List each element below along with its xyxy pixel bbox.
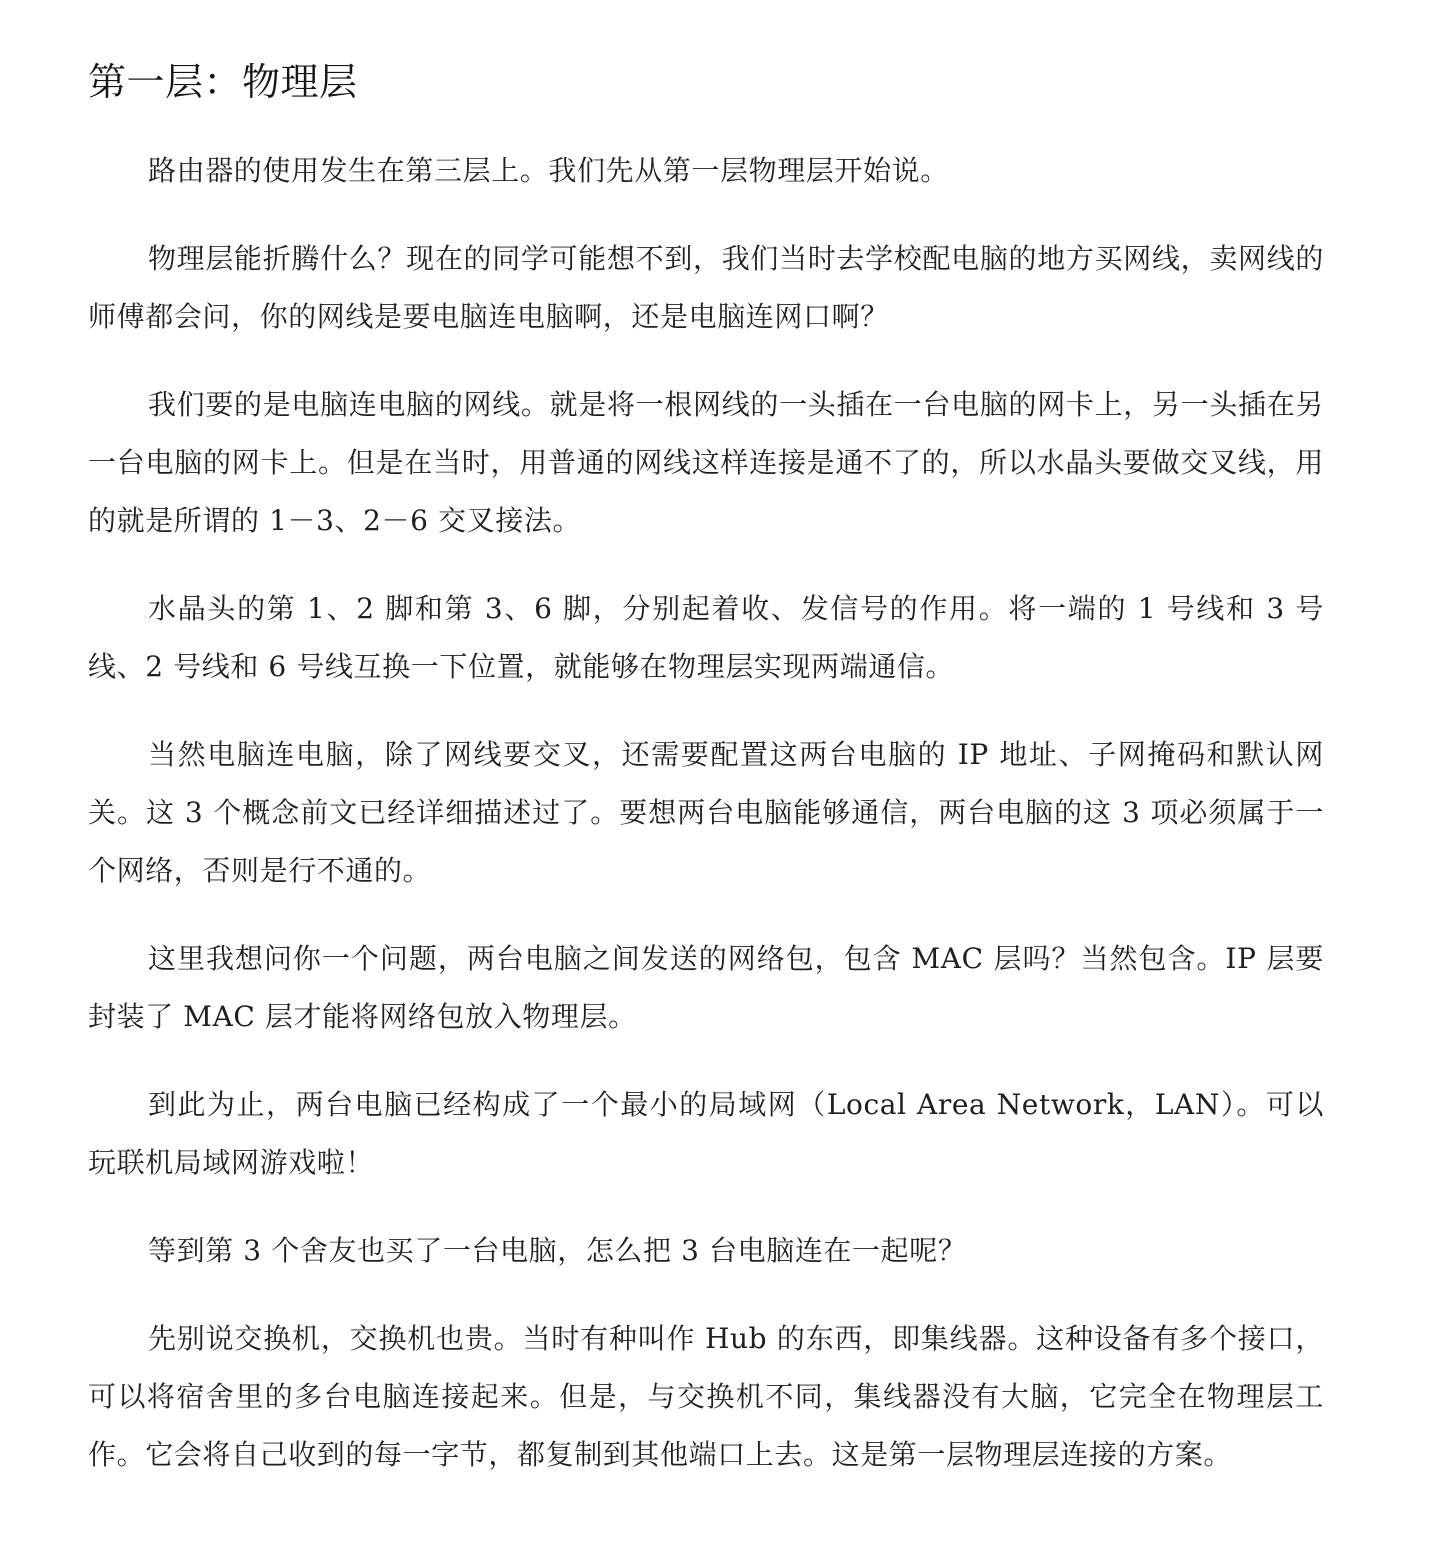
paragraph-mac-layer: 这里我想问你一个问题，两台电脑之间发送的网络包，包含 MAC 层吗？当然包含。I… [88,930,1324,1046]
paragraph-pin-swap: 水晶头的第 1、2 脚和第 3、6 脚，分别起着收、发信号的作用。将一端的 1 … [88,580,1324,696]
paragraph-third-computer: 等到第 3 个舍友也买了一台电脑，怎么把 3 台电脑连在一起呢？ [88,1222,1324,1280]
paragraph-cable-question: 物理层能折腾什么？现在的同学可能想不到，我们当时去学校配电脑的地方买网线，卖网线… [88,230,1324,346]
paragraph-hub: 先别说交换机，交换机也贵。当时有种叫作 Hub 的东西，即集线器。这种设备有多个… [88,1310,1324,1484]
book-page: 第一层：物理层 路由器的使用发生在第三层上。我们先从第一层物理层开始说。 物理层… [88,52,1324,1514]
paragraph-ip-config: 当然电脑连电脑，除了网线要交叉，还需要配置这两台电脑的 IP 地址、子网掩码和默… [88,726,1324,900]
paragraph-router-layer: 路由器的使用发生在第三层上。我们先从第一层物理层开始说。 [88,142,1324,200]
paragraph-crossover-cable: 我们要的是电脑连电脑的网线。就是将一根网线的一头插在一台电脑的网卡上，另一头插在… [88,376,1324,550]
section-heading: 第一层：物理层 [88,52,1324,112]
paragraph-lan: 到此为止，两台电脑已经构成了一个最小的局域网（Local Area Networ… [88,1076,1324,1192]
